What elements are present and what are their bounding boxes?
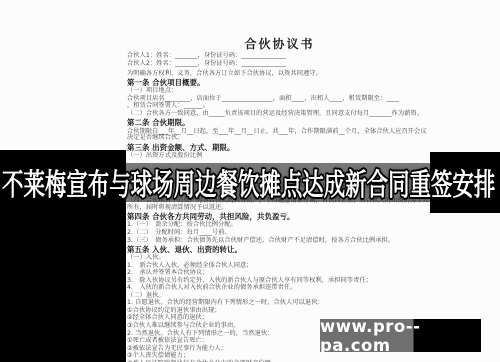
document-line: 3.（三） 债务承担：合伙债务先以合伙财产偿还，合伙财产不足清偿时，按各方合伙比… [127,238,432,245]
document-line: 为明确各方权利、义务，合伙各方订立如下合伙协议，以资共同遵守。 [127,71,432,78]
document-title: 合伙协议书 [127,38,432,51]
document-line: 合伙人2：姓名：_______，身份证号码：______________ [127,61,432,68]
headline-banner: 不莱梅宣布与球场周边餐饮摊点达成新合同重签安排 [2,167,498,205]
document-line: （二）合伙各方一致同意，由_____负责该项目的营运及经营决策管理，且同意支付每… [127,111,432,118]
document-line: 第三条 出资金额、方式、期限。 [127,144,432,152]
document-line: 2.（二） 分配时间：每月____号前。 [127,230,432,237]
document-line: 第一条 合伙项目概要。 [127,79,432,87]
thumbnail-frame: 合伙协议书 合伙人1：姓名：_______，身份证号码：____________… [0,0,500,362]
headline-text: 不莱梅宣布与球场周边餐饮摊点达成新合同重签安排 [2,167,495,205]
document-line: 4. 入伙的新合伙人对入伙前合伙企业的债务承担连带责任。 [127,285,432,292]
document-line: （一）出资方式及股份比例 [127,153,432,160]
document-line: 第二条 合伙期限。 [127,119,432,127]
document-line: 合伙期限自___年__月__日起，至___年__月__日止，共___年，合作期限… [127,129,432,143]
watermark-url: www.pro--pa.com [320,317,481,355]
watermark-badge: www.pro--pa.com [320,319,481,352]
document-line: 第五条 入伙、退伙、出资的转让。 [127,246,432,254]
